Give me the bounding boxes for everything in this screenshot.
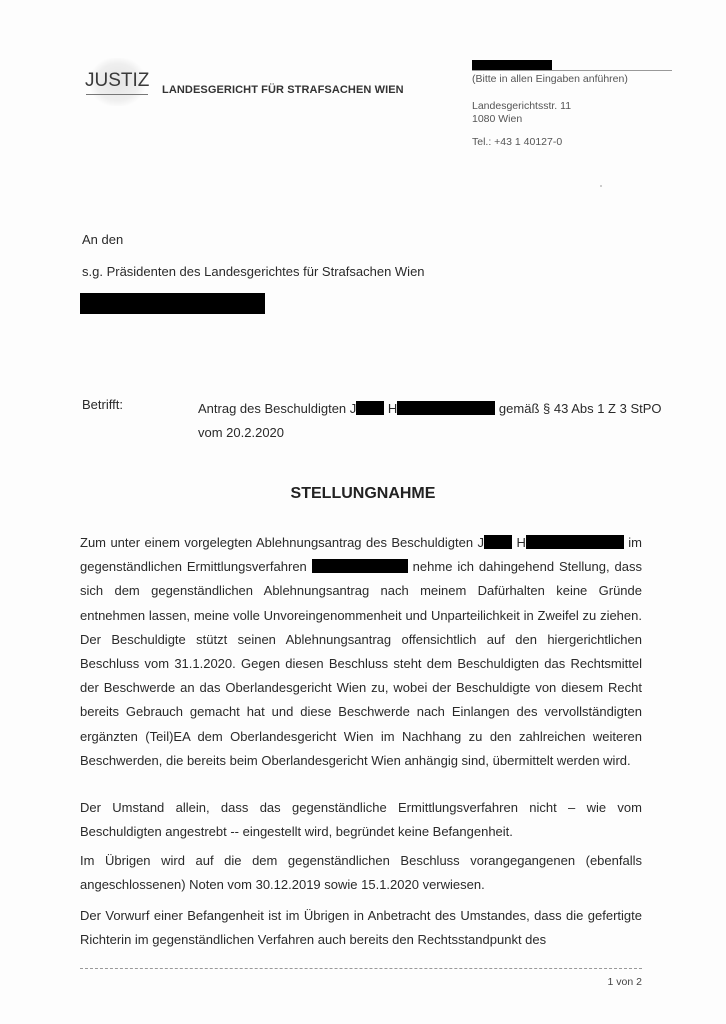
redacted-recipient <box>80 293 265 314</box>
redacted-reference-number <box>472 60 552 70</box>
reference-note: (Bitte in allen Eingaben anführen) <box>472 73 628 85</box>
recipient-name: s.g. Präsidenten des Landesgerichtes für… <box>82 264 425 279</box>
paragraph-2: Der Umstand allein, dass das gegenständl… <box>80 796 642 844</box>
address-street: Landesgerichtsstr. 11 <box>472 100 571 113</box>
subject-label: Betrifft: <box>82 397 123 412</box>
redaction <box>397 401 495 415</box>
court-address: Landesgerichtsstr. 11 1080 Wien <box>472 100 571 126</box>
text: nehme ich dahingehend Stellung, dass sic… <box>80 559 642 768</box>
paragraph-3: Im Übrigen wird auf die dem gegenständli… <box>80 849 642 897</box>
logo-underline <box>86 94 148 95</box>
court-phone: Tel.: +43 1 40127-0 <box>472 136 562 148</box>
page-number: 1 von 2 <box>600 976 642 988</box>
redaction <box>484 535 512 549</box>
reference-line <box>472 70 672 71</box>
document-title: STELLUNGNAHME <box>0 485 726 503</box>
redaction <box>312 559 408 573</box>
address-city: 1080 Wien <box>472 113 571 126</box>
justiz-logo: JUSTIZ <box>80 58 155 106</box>
paragraph-1: Zum unter einem vorgelegten Ablehnungsan… <box>80 531 642 773</box>
paragraph-4: Der Vorwurf einer Befangenheit ist im Üb… <box>80 904 642 952</box>
subject-part: H <box>388 401 397 416</box>
subject-part: Antrag des Beschuldigten J <box>198 401 356 416</box>
scan-speck <box>600 185 602 187</box>
redaction <box>356 401 384 415</box>
text: Zum unter einem vorgelegten Ablehnungsan… <box>80 535 484 550</box>
redaction <box>526 535 624 549</box>
logo-text: JUSTIZ <box>85 70 149 92</box>
text: H <box>516 535 525 550</box>
court-name: LANDESGERICHT FÜR STRAFSACHEN WIEN <box>162 84 404 96</box>
subject-text: Antrag des Beschuldigten J H gemäß § 43 … <box>198 397 668 445</box>
recipient-salutation: An den <box>82 232 123 247</box>
footer-divider <box>80 968 642 969</box>
